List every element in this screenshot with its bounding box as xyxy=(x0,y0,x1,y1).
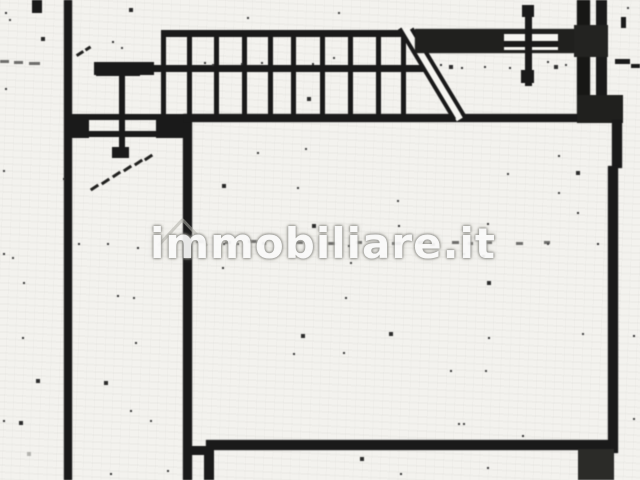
wall-corner-mass xyxy=(577,95,623,123)
cross-marker-right-cap-bottom xyxy=(521,70,534,83)
diagonal-mark xyxy=(76,50,84,57)
stair-tread xyxy=(376,33,381,118)
dashed-guide-line xyxy=(134,159,143,166)
cross-marker-left-bar xyxy=(96,71,140,76)
floor-plan-canvas: immobiliare.it xyxy=(0,0,640,480)
stair-tread xyxy=(401,33,406,118)
stair-tread xyxy=(214,33,219,118)
cross-marker-right-cap-top xyxy=(522,5,534,17)
stair-tread xyxy=(187,33,192,118)
wall-bottom-right-block xyxy=(578,449,614,480)
wall-room-bottom xyxy=(206,440,610,450)
scan-noise-specks xyxy=(0,0,2,2)
dashed-mark xyxy=(14,61,23,64)
diagonal-mark xyxy=(85,46,92,52)
stair-tread xyxy=(161,33,166,118)
dashed-guide-line xyxy=(144,154,153,161)
cross-marker-left-cap xyxy=(112,147,129,158)
dashed-guide-line xyxy=(90,184,99,191)
noise-dotted-line xyxy=(516,242,523,245)
noise-dotted-line xyxy=(544,241,550,244)
wall-junction-mass xyxy=(574,25,608,57)
tick-right-edge-horizontal xyxy=(631,64,640,68)
stair-tread xyxy=(291,33,296,118)
wall-room-top xyxy=(184,114,610,122)
wall-bottom-stub-vertical xyxy=(204,446,214,480)
dashed-guide-line xyxy=(101,178,110,185)
dashed-guide-line xyxy=(112,171,121,178)
cross-marker-left-stem xyxy=(119,70,125,152)
tick-top-left xyxy=(32,0,42,13)
wall-right-upper xyxy=(612,120,622,168)
tick-right-edge-vertical xyxy=(621,17,626,28)
tick-right-edge-horizontal xyxy=(615,59,630,64)
watermark-text: immobiliare.it xyxy=(150,219,496,268)
wall-right-lower xyxy=(608,166,618,453)
stair-tread xyxy=(348,33,353,118)
dashed-mark xyxy=(29,62,40,65)
watermark-immobiliare: immobiliare.it xyxy=(150,223,490,265)
stair-tread xyxy=(320,33,325,118)
wall-left xyxy=(64,0,72,480)
stair-tread xyxy=(242,33,247,118)
wall-center xyxy=(183,114,192,480)
dashed-guide-line xyxy=(123,165,132,172)
stair-tread xyxy=(268,33,273,118)
dashed-mark xyxy=(0,60,9,63)
